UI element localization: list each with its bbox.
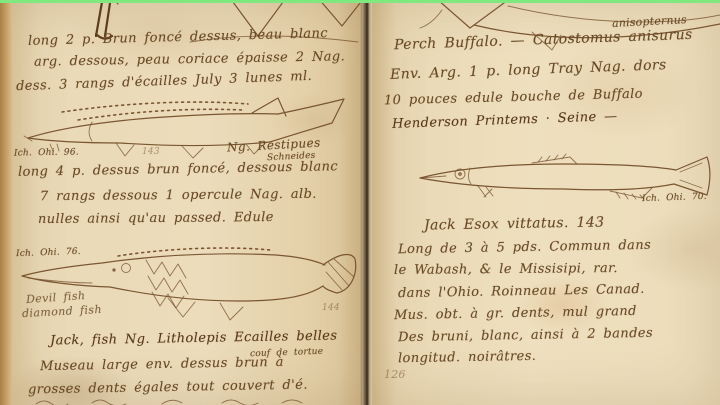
scanner-edge-artifact — [0, 0, 720, 3]
manuscript-line: Long de 3 à 5 pds. Commun dans — [398, 238, 651, 257]
manuscript-line: grosses dents égales tout couvert d'é. — [28, 378, 308, 398]
left-page: long 2 p. Brun foncé dessus, beau blanc … — [12, 0, 362, 405]
manuscript-line: 7 rangs dessous 1 opercule Nag. alb. — [40, 187, 317, 204]
manuscript-line: Museau large env. dessus brun à — [40, 355, 284, 374]
manuscript-scan: long 2 p. Brun foncé dessus, beau blanc … — [0, 0, 720, 405]
manuscript-line: Jack Esox vittatus. 143 — [424, 214, 605, 233]
manuscript-line: arg. dessous, peau coriace épaisse 2 Nag… — [34, 49, 345, 69]
right-page: anisopternus Perch Buffalo. — Catostomus… — [372, 0, 720, 405]
manuscript-line: dans l'Ohio. Roinneau Les Canad. — [398, 282, 645, 301]
manuscript-line: dess. 3 rangs d'écailles July 3 lunes ml… — [16, 69, 312, 94]
manuscript-line: 10 pouces edule bouche de Buffalo — [384, 87, 643, 109]
figure-label: Ich. Ohi. 96. — [14, 147, 79, 158]
clipped-bottom-line — [32, 398, 332, 405]
manuscript-line: Env. Arg. 1 p. long Tray Nag. dors — [390, 57, 667, 83]
manuscript-line: Mus. obt. à gr. dents, mul grand — [394, 304, 637, 323]
manuscript-line: le Wabash, & le Missisipi, rar. — [394, 261, 618, 278]
page-number: 126 — [384, 368, 406, 381]
manuscript-line: Henderson Printems · Seine — — [392, 109, 618, 132]
figure-number: 143 — [142, 147, 160, 157]
manuscript-line: longitud. noirâtres. — [398, 349, 537, 366]
manuscript-line: nulles ainsi qu'au passed. Edule — [38, 210, 274, 227]
manuscript-line: Des bruni, blanc, ainsi à 2 bandes — [398, 326, 653, 345]
book-edge — [0, 0, 12, 405]
figure-number: 144 — [322, 303, 340, 313]
